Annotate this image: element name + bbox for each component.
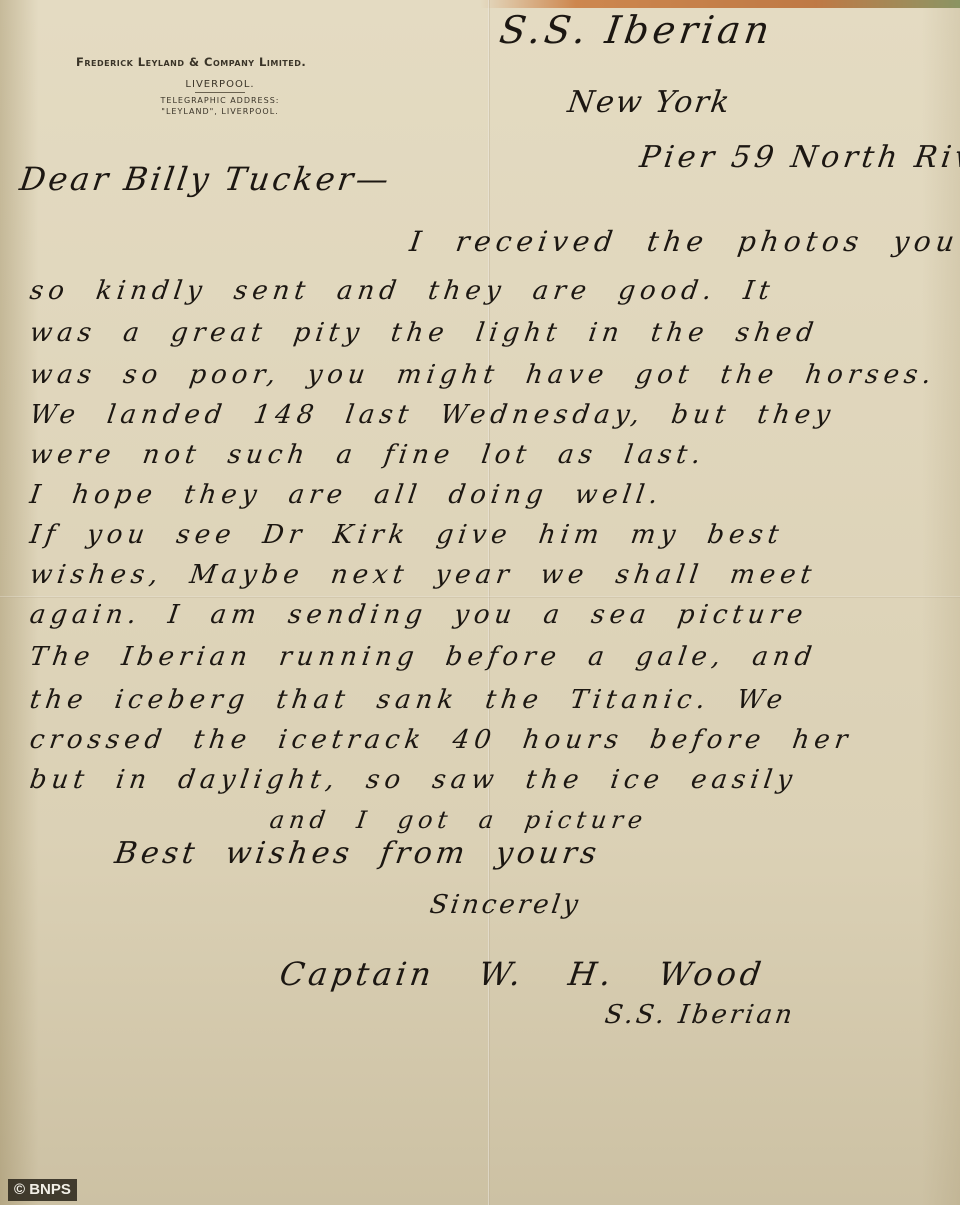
body-line: but in daylight, so saw the ice easily <box>28 765 799 795</box>
body-line: was so poor, you might have got the hors… <box>28 360 938 390</box>
address-ship: S.S. Iberian <box>497 8 776 52</box>
body-line: so kindly sent and they are good. It <box>28 276 777 306</box>
body-line: The Iberian running before a gale, and <box>28 642 819 672</box>
horizontal-fold-crease <box>0 596 960 598</box>
body-line: I hope they are all doing well. <box>28 480 665 510</box>
signature-ship: S.S. Iberian <box>603 1000 797 1030</box>
address-pier: Pier 59 North River <box>638 140 960 175</box>
body-line: the iceberg that sank the Titanic. We <box>28 685 789 715</box>
closing-line: Best wishes from yours <box>113 836 603 871</box>
body-line: We landed 148 last Wednesday, but they <box>28 400 837 430</box>
letterhead: Frederick Leyland & Company Limited. LIV… <box>60 55 380 116</box>
copyright-watermark: © BNPS <box>8 1179 77 1201</box>
body-line: I received the photos you <box>408 225 960 258</box>
letterhead-company: Frederick Leyland & Company Limited. <box>60 55 380 69</box>
body-line: again. I am sending you a sea picture <box>28 600 810 630</box>
body-line: crossed the icetrack 40 hours before her <box>28 725 854 755</box>
letterhead-city: LIVERPOOL. <box>60 79 380 90</box>
body-line: were not such a fine lot as last. <box>28 440 707 470</box>
address-city: New York <box>566 85 734 120</box>
body-line: wishes, Maybe next year we shall meet <box>28 560 818 590</box>
letterhead-telegraphic-label: TELEGRAPHIC ADDRESS: <box>60 96 380 105</box>
body-line: and I got a picture <box>268 806 649 834</box>
letterhead-telegraphic-address: "LEYLAND", LIVERPOOL. <box>60 107 380 116</box>
signature-name: Captain W. H. Wood <box>277 955 767 993</box>
letter-page: Frederick Leyland & Company Limited. LIV… <box>0 0 960 1205</box>
letterhead-divider <box>195 92 245 93</box>
paper-top-edge <box>480 0 960 8</box>
closing-sincerely: Sincerely <box>428 890 583 920</box>
body-line: If you see Dr Kirk give him my best <box>28 520 786 550</box>
body-line: was a great pity the light in the shed <box>28 318 820 348</box>
greeting: Dear Billy Tucker— <box>17 160 393 198</box>
